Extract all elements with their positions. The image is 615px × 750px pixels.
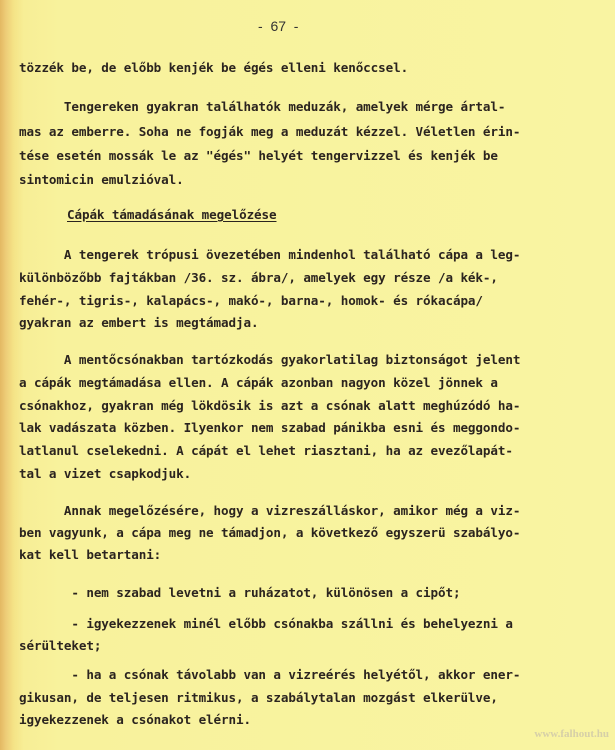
list-item: - ha a csónak távolabb van a vizreérés h…: [19, 667, 520, 682]
text-line: tése esetén mossák le az "égés" helyét t…: [19, 148, 498, 163]
text-line: mas az emberre. Soha ne fogják meg a med…: [19, 124, 520, 139]
text-line: a cápák megtámadása ellen. A cápák azonb…: [19, 375, 498, 390]
page-number: - 67 -: [258, 18, 298, 34]
text-line: Annak megelőzésére, hogy a vizreszállásk…: [19, 503, 520, 518]
text-line: ben vagyunk, a cápa meg ne támadjon, a k…: [19, 525, 520, 540]
document-page: - 67 - tözzék be, de előbb kenjék be égé…: [0, 0, 615, 750]
text-line: Tengereken gyakran találhatók meduzák, a…: [19, 99, 505, 114]
text-line: sintomicin emulzióval.: [19, 172, 184, 187]
text-line: A mentőcsónakban tartózkodás gyakorlatil…: [19, 352, 520, 367]
list-item: - igyekezzenek minél előbb csónakba szál…: [19, 616, 513, 631]
text-line: igyekezzenek a csónakot elérni.: [19, 712, 251, 727]
text-line: lak vadászata közben. Ilyenkor nem szaba…: [19, 420, 520, 435]
text-line: sérülteket;: [19, 638, 101, 653]
text-line: különbözőbb fajtákban /36. sz. ábra/, am…: [19, 270, 498, 285]
section-heading: Cápák támadásának megelőzése: [67, 207, 277, 222]
text-line: gyakran az embert is megtámadja.: [19, 315, 258, 330]
text-line: gikusan, de teljesen ritmikus, a szabály…: [19, 690, 498, 705]
watermark: www.falhout.hu: [534, 728, 609, 740]
text-line: tal a vizet csapkodjuk.: [19, 466, 191, 481]
text-line: fehér-, tigris-, kalapács-, makó-, barna…: [19, 293, 483, 308]
text-line: kat kell betartani:: [19, 547, 161, 562]
text-line: csónakhoz, gyakran még lökdösik is azt a…: [19, 398, 520, 413]
list-item: - nem szabad levetni a ruházatot, különö…: [19, 585, 460, 600]
text-line: latlanul cselekedni. A cápát el lehet ri…: [19, 443, 513, 458]
text-line: A tengerek trópusi övezetében mindenhol …: [19, 247, 520, 262]
text-line: tözzék be, de előbb kenjék be égés ellen…: [19, 60, 408, 75]
